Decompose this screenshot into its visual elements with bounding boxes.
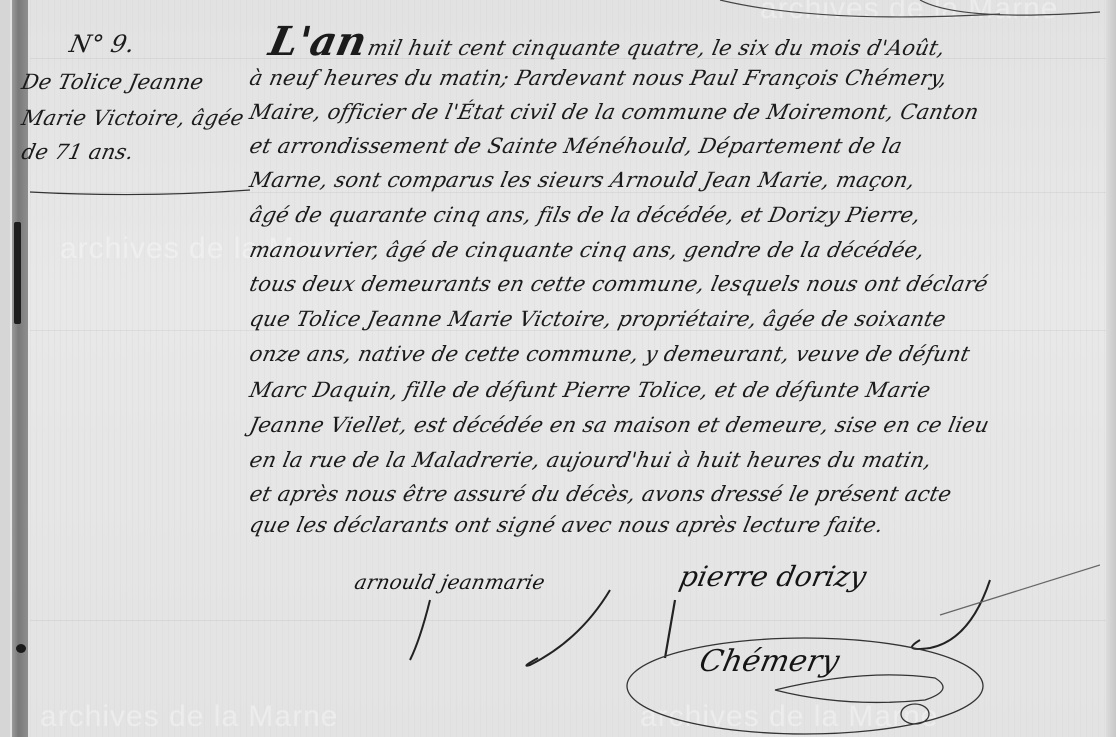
body-line-13: en la rue de la Maladrerie, aujourd'hui … [247, 448, 933, 472]
body-line-2: à neuf heures du matin; Pardevant nous P… [247, 66, 949, 90]
margin-underline [20, 180, 260, 200]
body-line-8: tous deux demeurants en cette commune, l… [247, 272, 990, 296]
body-line-6: âgé de quarante cinq ans, fils de la déc… [247, 203, 922, 227]
margin-name-line-2: Marie Victoire, âgée [19, 106, 246, 130]
margin-name-line-1: De Tolice Jeanne [19, 70, 205, 94]
register-page: archives de la Marne archives de la Marn… [0, 0, 1116, 737]
body-line-12: Jeanne Viellet, est décédée en sa maison… [247, 413, 991, 437]
binding-shadow [14, 222, 21, 324]
body-line-14: et après nous être assuré du décès, avon… [247, 482, 953, 506]
body-line-7: manouvrier, âgé de cinquante cinq ans, g… [247, 238, 926, 262]
previous-signature-flourish [700, 0, 1116, 24]
opening-initial: L'an [265, 18, 371, 65]
body-line-1: mil huit cent cinquante quatre, le six d… [365, 36, 947, 60]
watermark: archives de la Marne [40, 700, 338, 734]
body-line-15: que les déclarants ont signé avec nous a… [247, 513, 885, 537]
body-line-5: Marne, sont comparus les sieurs Arnould … [247, 168, 917, 192]
body-line-9: que Tolice Jeanne Marie Victoire, propri… [247, 307, 948, 331]
page-right-edge [1106, 0, 1116, 737]
body-line-3: Maire, officier de l'État civil de la co… [247, 100, 981, 124]
act-number: N° 9. [67, 30, 137, 58]
body-line-4: et arrondissement de Sainte Ménéhould, D… [247, 134, 904, 158]
margin-age-line: de 71 ans. [19, 140, 136, 164]
adjacent-page-edge [0, 0, 10, 737]
body-line-11: Marc Daquin, fille de défunt Pierre Toli… [247, 378, 932, 402]
signature-mayor-chemery: Chémery [696, 644, 842, 679]
binding-mark [16, 644, 26, 653]
body-line-10: onze ans, native de cette commune, y dem… [247, 342, 972, 366]
